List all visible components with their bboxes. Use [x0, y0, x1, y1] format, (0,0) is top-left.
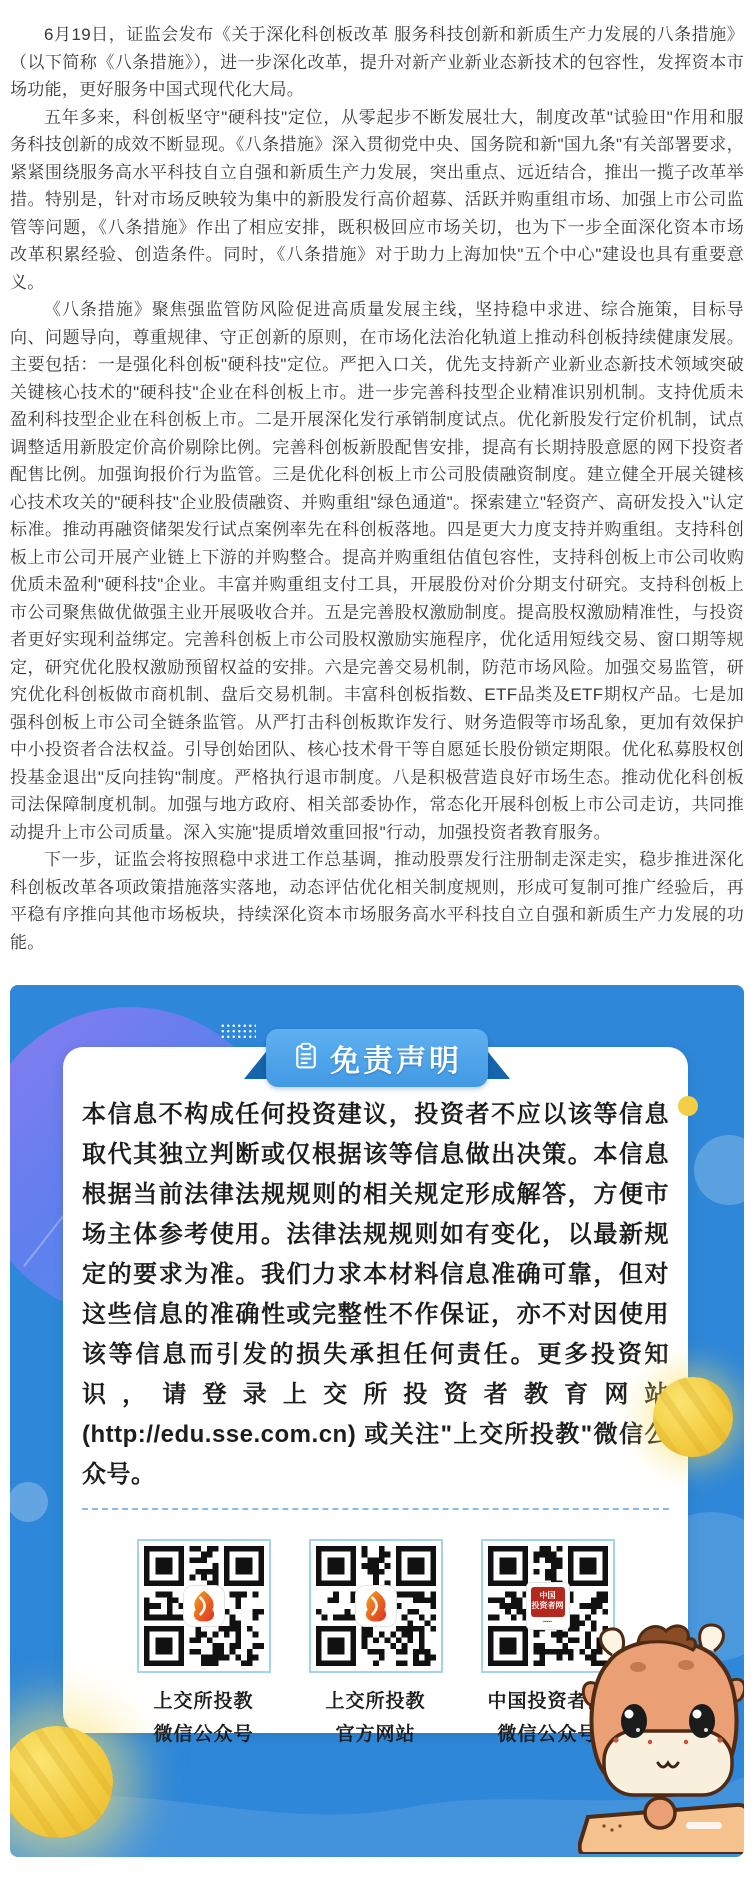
- article-paragraph: 五年多来，科创板坚守"硬科技"定位，从零起步不断发展壮大，制度改革"试验田"作用…: [10, 104, 744, 297]
- qr-code-sse-wechat: [137, 1539, 271, 1673]
- sse-flame-logo-icon: [184, 1586, 224, 1626]
- dot-grid-decor: [220, 1023, 256, 1040]
- qr-label-line2: 官方网站: [325, 1718, 425, 1751]
- bull-mascot: [578, 1619, 744, 1857]
- dot-grid-decor: [494, 1079, 530, 1096]
- disclaimer-badge: 免责声明: [266, 1029, 488, 1087]
- badge-plate: 免责声明: [266, 1029, 488, 1087]
- red-seal-sub: ▪▪▪▪▪: [543, 1619, 552, 1625]
- disclaimer-text: 本信息不构成任何投资建议，投资者不应以该等信息取代其独立判断或仅根据该等信息做出…: [82, 1095, 669, 1495]
- qr-label: 上交所投教 官方网站: [325, 1685, 425, 1751]
- qr-label-line2: 微信公众号: [153, 1718, 253, 1751]
- article-body: 6月19日，证监会发布《关于深化科创板改革 服务科技创新和新质生产力发展的八条措…: [0, 0, 754, 985]
- disclaimer-card: 免责声明 本信息不构成任何投资建议，投资者不应以该等信息取代其独立判断或仅根据该…: [10, 985, 744, 1857]
- sse-flame-logo-icon: [356, 1586, 396, 1626]
- qr-label-line1: 上交所投教: [153, 1685, 253, 1718]
- yellow-dot-decor: [678, 1096, 698, 1116]
- qr-item-sse-wechat: 上交所投教 微信公众号: [137, 1539, 271, 1751]
- qr-code-sse-website: [309, 1539, 443, 1673]
- clipboard-icon: [292, 1042, 320, 1075]
- qr-label-line1: 上交所投教: [325, 1685, 425, 1718]
- bubble-decor: [694, 1135, 744, 1205]
- red-seal: 中国 投资者网: [531, 1587, 565, 1617]
- dashed-divider: [82, 1508, 669, 1510]
- article-paragraph: 《八条措施》聚焦强监管防风险促进高质量发展主线，坚持稳中求进、综合施策，目标导向…: [10, 296, 744, 846]
- china-investor-seal-icon: 中国 投资者网 ▪▪▪▪▪: [527, 1583, 569, 1629]
- page: { "article": { "paragraphs": [ "6月19日，证监…: [0, 0, 754, 1857]
- qr-item-sse-website: 上交所投教 官方网站: [309, 1539, 443, 1751]
- coin-decor-right: [653, 1377, 733, 1457]
- badge-title: 免责声明: [330, 1036, 462, 1080]
- article-paragraph: 下一步，证监会将按照稳中求进工作总基调，推动股票发行注册制走深走实，稳步推进深化…: [10, 846, 744, 956]
- article-paragraph: 6月19日，证监会发布《关于深化科创板改革 服务科技创新和新质生产力发展的八条措…: [10, 21, 744, 104]
- bubble-decor: [10, 1482, 48, 1522]
- qr-label: 上交所投教 微信公众号: [153, 1685, 253, 1751]
